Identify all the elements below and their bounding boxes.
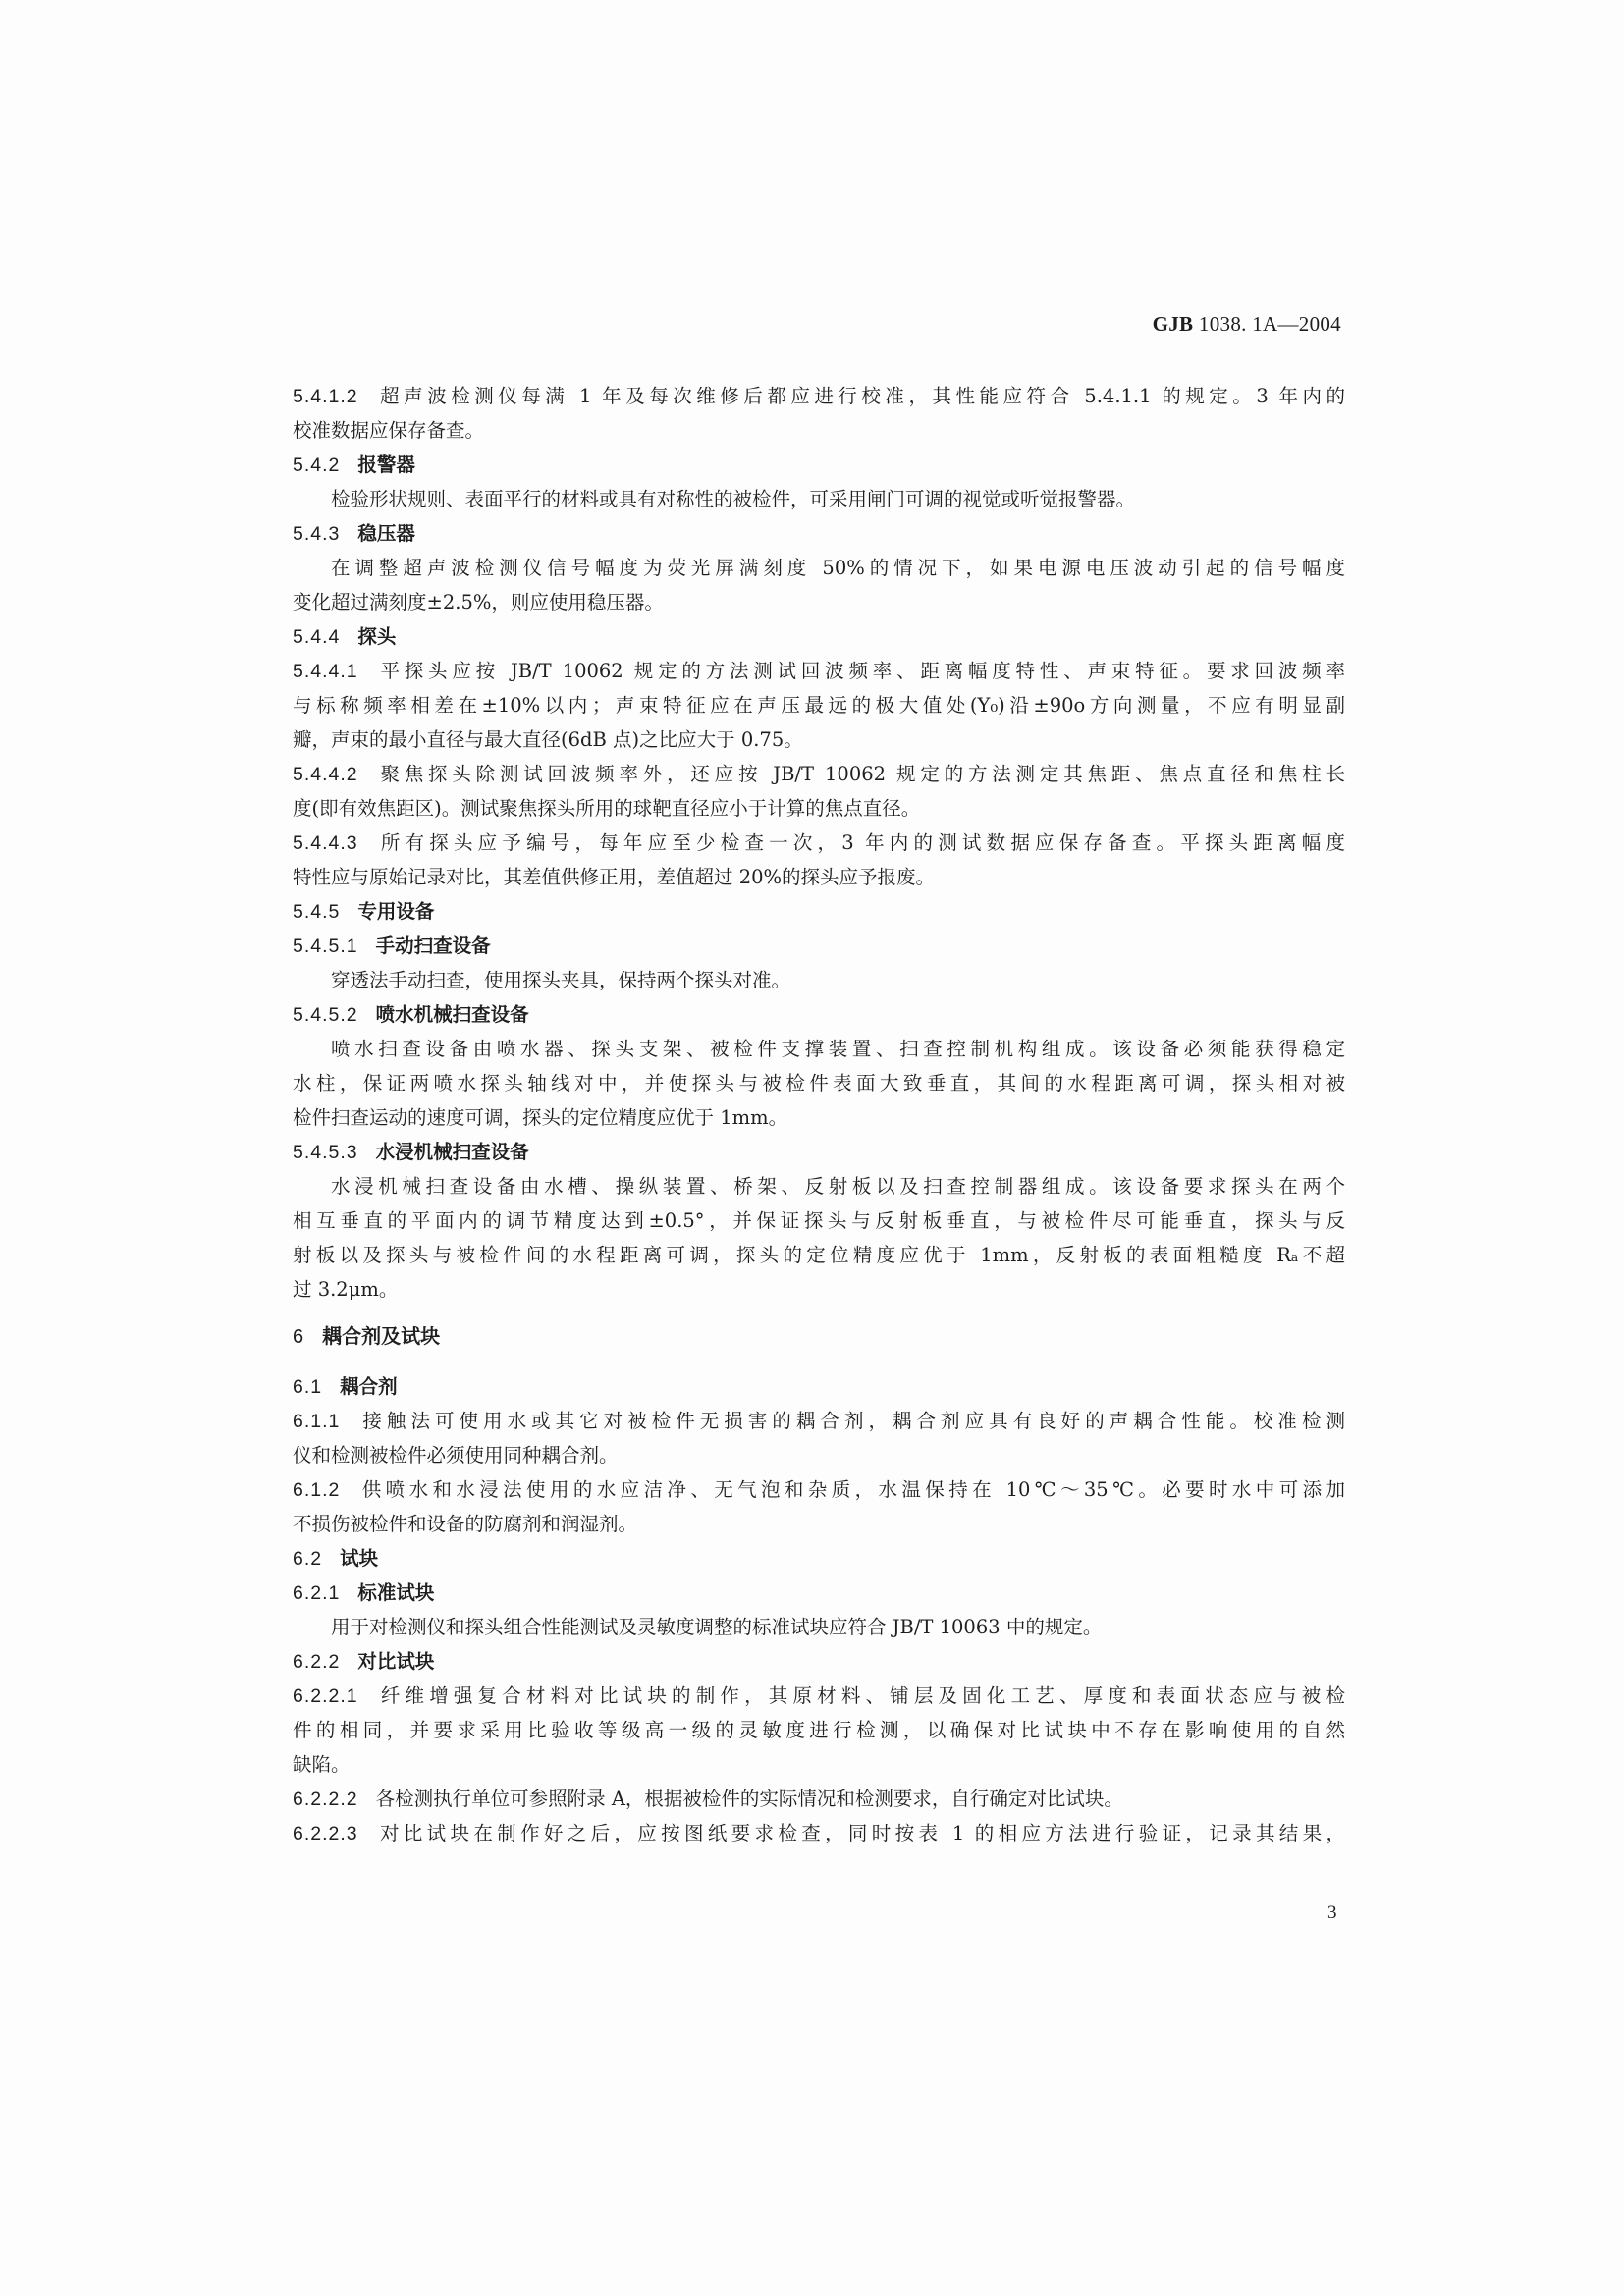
paragraph-line: 变化超过满刻度±2.5%，则应使用稳压器。 <box>293 585 1345 619</box>
section-heading: 6耦合剂及试块 <box>293 1319 1345 1354</box>
clause-heading: 5.4.5.2喷水机械扫查设备 <box>293 997 1345 1032</box>
clause-heading: 5.4.2报警器 <box>293 448 1345 482</box>
clause-heading: 6.1耦合剂 <box>293 1369 1345 1404</box>
paragraph-line: 过 3.2μm。 <box>293 1272 1345 1307</box>
paragraph-line: 6.1.2供喷水和水浸法使用的水应洁净、无气泡和杂质，水温保持在 10℃～35℃… <box>293 1472 1345 1507</box>
spacer <box>293 1307 1345 1319</box>
clause-heading: 6.2试块 <box>293 1541 1345 1575</box>
paragraph-line: 5.4.1.2超声波检测仪每满 1 年及每次维修后都应进行校准，其性能应符合 5… <box>293 379 1345 413</box>
clause-heading: 6.2.2对比试块 <box>293 1644 1345 1679</box>
paragraph-line: 5.4.4.3所有探头应予编号，每年应至少检查一次，3 年内的测试数据应保存备查… <box>293 826 1345 860</box>
clause-heading: 5.4.4探头 <box>293 619 1345 654</box>
clause-heading: 5.4.5.3水浸机械扫查设备 <box>293 1135 1345 1169</box>
paragraph-line: 校准数据应保存备查。 <box>293 413 1345 448</box>
paragraph-line: 水浸机械扫查设备由水槽、操纵装置、桥架、反射板以及扫查控制器组成。该设备要求探头… <box>293 1169 1345 1203</box>
clause-heading: 5.4.5.1手动扫查设备 <box>293 929 1345 963</box>
paragraph-line: 特性应与原始记录对比，其差值供修正用，差值超过 20%的探头应予报废。 <box>293 860 1345 894</box>
paragraph-line: 6.1.1接触法可使用水或其它对被检件无损害的耦合剂，耦合剂应具有良好的声耦合性… <box>293 1404 1345 1438</box>
paragraph-line: 喷水扫查设备由喷水器、探头支架、被检件支撑装置、扫查控制机构组成。该设备必须能获… <box>293 1032 1345 1066</box>
paragraph-line: 穿透法手动扫查，使用探头夹具，保持两个探头对准。 <box>293 963 1345 997</box>
paragraph-line: 6.2.2.3对比试块在制作好之后，应按图纸要求检查，同时按表 1 的相应方法进… <box>293 1816 1345 1850</box>
document-body: 5.4.1.2超声波检测仪每满 1 年及每次维修后都应进行校准，其性能应符合 5… <box>293 379 1345 1850</box>
paragraph-line: 5.4.4.2聚焦探头除测试回波频率外，还应按 JB/T 10062 规定的方法… <box>293 757 1345 791</box>
paragraph-line: 6.2.2.2各检测执行单位可参照附录 A，根据被检件的实际情况和检测要求，自行… <box>293 1782 1345 1816</box>
paragraph-line: 在调整超声波检测仪信号幅度为荧光屏满刻度 50%的情况下，如果电源电压波动引起的… <box>293 551 1345 585</box>
paragraph-line: 瓣，声束的最小直径与最大直径(6dB 点)之比应大于 0.75。 <box>293 722 1345 757</box>
paragraph-line: 6.2.2.1纤维增强复合材料对比试块的制作，其原材料、铺层及固化工艺、厚度和表… <box>293 1679 1345 1713</box>
clause-heading: 6.2.1标准试块 <box>293 1575 1345 1610</box>
paragraph-line: 5.4.4.1平探头应按 JB/T 10062 规定的方法测试回波频率、距离幅度… <box>293 654 1345 688</box>
paragraph-line: 射板以及探头与被检件间的水程距离可调，探头的定位精度应优于 1mm，反射板的表面… <box>293 1238 1345 1272</box>
clause-number: 5.4.1.2 <box>293 386 358 407</box>
standard-header: GJB 1038. 1A—2004 <box>1153 312 1341 337</box>
standard-number: 1038. 1A—2004 <box>1199 312 1341 336</box>
paragraph-line: 水柱，保证两喷水探头轴线对中，并使探头与被检件表面大致垂直，其间的水程距离可调，… <box>293 1066 1345 1100</box>
document-page: GJB 1038. 1A—2004 5.4.1.2超声波检测仪每满 1 年及每次… <box>0 0 1624 2296</box>
paragraph-line: 相互垂直的平面内的调节精度达到±0.5°，并保证探头与反射板垂直，与被检件尽可能… <box>293 1203 1345 1238</box>
spacer <box>293 1354 1345 1369</box>
standard-prefix: GJB <box>1153 312 1194 336</box>
paragraph-line: 不损伤被检件和设备的防腐剂和润湿剂。 <box>293 1507 1345 1541</box>
clause-heading: 5.4.5专用设备 <box>293 894 1345 929</box>
paragraph-line: 与标称频率相差在±10%以内；声束特征应在声压最远的极大值处(Y₀)沿±90o方… <box>293 688 1345 722</box>
paragraph-line: 检验形状规则、表面平行的材料或具有对称性的被检件，可采用闸门可调的视觉或听觉报警… <box>293 482 1345 516</box>
paragraph-line: 用于对检测仪和探头组合性能测试及灵敏度调整的标准试块应符合 JB/T 10063… <box>293 1610 1345 1644</box>
paragraph-line: 件的相同，并要求采用比验收等级高一级的灵敏度进行检测，以确保对比试块中不存在影响… <box>293 1713 1345 1747</box>
clause-heading: 5.4.3稳压器 <box>293 516 1345 551</box>
paragraph-line: 缺陷。 <box>293 1747 1345 1782</box>
paragraph-line: 仪和检测被检件必须使用同种耦合剂。 <box>293 1438 1345 1472</box>
paragraph-line: 检件扫查运动的速度可调，探头的定位精度应优于 1mm。 <box>293 1100 1345 1135</box>
paragraph-line: 度(即有效焦距区)。测试聚焦探头所用的球靶直径应小于计算的焦点直径。 <box>293 791 1345 826</box>
page-number: 3 <box>1327 1902 1337 1924</box>
